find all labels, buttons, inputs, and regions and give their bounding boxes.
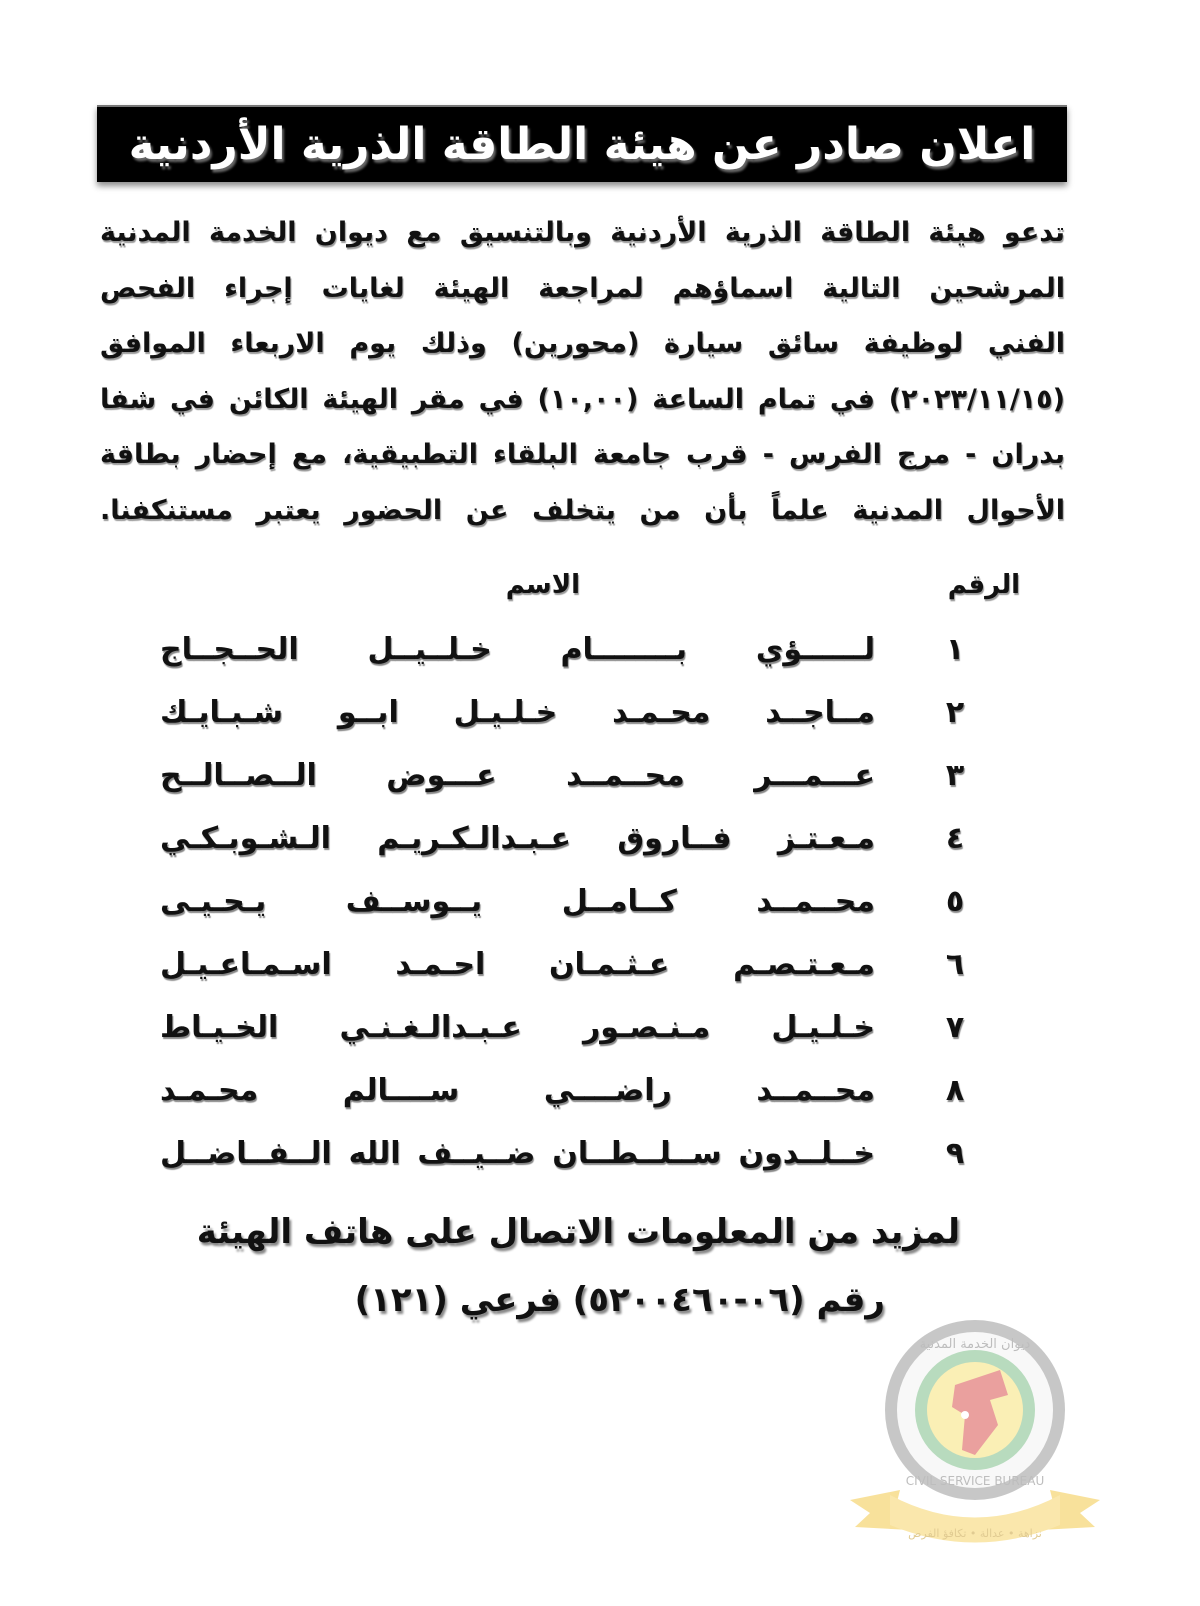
row-number: ٣ [940,758,970,793]
table-row: ٣عـــمـــر محــمــد عـــوض الــصــالــح [160,754,1010,817]
seal-motto: نزاهة • عدالة • تكافؤ الفرص [908,1527,1042,1540]
header-number: الرقم [948,570,1020,600]
seal-english-text: CIVIL SERVICE BUREAU [906,1474,1045,1488]
table-row: ٢مــاجــد محـمـد خـلـيـل ابــو شـبـايـك [160,691,1010,754]
table-row: ٩خــلــدون ســلــطــان ضــيــف الله الــ… [160,1132,1010,1195]
civil-service-bureau-seal-icon: ديوان الخدمة المدنية CIVIL SERVICE BUREA… [840,1315,1110,1560]
announcement-title: اعلان صادر عن هيئة الطاقة الذرية الأردني… [129,119,1036,170]
row-name: محــمــد كــامــل يــوســف يـحـيـى [160,884,875,919]
row-number: ٥ [940,884,970,919]
intro-line: المرشحين التالية اسماؤهم لمراجعة الهيئة … [100,261,1065,317]
announcement-title-bar: اعلان صادر عن هيئة الطاقة الذرية الأردني… [97,105,1067,182]
row-name: محــمــد راضــــي ســــالم محـمـد [160,1073,875,1108]
contact-line: لمزيد من المعلومات الاتصال على هاتف الهي… [180,1198,960,1266]
row-number: ١ [940,632,970,667]
intro-line: تدعو هيئة الطاقة الذرية الأردنية وبالتنس… [100,205,1065,261]
row-name: عـــمـــر محــمــد عـــوض الــصــالــح [160,758,875,793]
row-number: ٢ [940,695,970,730]
row-name: مــاجــد محـمـد خـلـيـل ابــو شـبـايـك [160,695,875,730]
row-number: ٦ [940,947,970,982]
row-number: ٧ [940,1010,970,1045]
contact-info: لمزيد من المعلومات الاتصال على هاتف الهي… [180,1198,960,1334]
intro-line: بدران - مرج الفرس - قرب جامعة البلقاء ال… [100,427,1065,483]
intro-paragraph: تدعو هيئة الطاقة الذرية الأردنية وبالتنس… [100,205,1065,538]
row-name: مـعـتـز فــاروق عـبـدالـكـريـم الـشـوبـك… [160,821,875,856]
seal-arabic-text: ديوان الخدمة المدنية [920,1337,1031,1352]
table-row: ٨محــمــد راضــــي ســــالم محـمـد [160,1069,1010,1132]
row-number: ٩ [940,1136,970,1171]
row-number: ٨ [940,1073,970,1108]
table-row: ٧خـلـيـل مـنـصـور عـبـدالـغـنـي الخـيـاط [160,1006,1010,1069]
row-name: لــــــؤي بــــــــام خـلــيــل الحــجــ… [160,632,875,667]
candidates-table: ١لــــــؤي بــــــــام خـلــيــل الحــجـ… [160,628,1010,1195]
table-row: ١لــــــؤي بــــــــام خـلــيــل الحــجـ… [160,628,1010,691]
intro-line: الأحوال المدنية علماً بأن من يتخلف عن ال… [100,483,1065,539]
candidates-table-header: الرقم الاسم [100,570,1020,610]
table-row: ٤مـعـتـز فــاروق عـبـدالـكـريـم الـشـوبـ… [160,817,1010,880]
row-number: ٤ [940,821,970,856]
header-name: الاسم [506,570,580,600]
row-name: خــلــدون ســلــطــان ضــيــف الله الــف… [160,1136,875,1171]
intro-line: الفني لوظيفة سائق سيارة (محورين) وذلك يو… [100,316,1065,372]
table-row: ٥محــمــد كــامــل يــوســف يـحـيـى [160,880,1010,943]
table-row: ٦مـعـتـصـم عـثـمـان احـمـد اسـمـاعـيـل [160,943,1010,1006]
intro-line: (٢٠٢٣/١١/١٥) في تمام الساعة (١٠,٠٠) في م… [100,372,1065,428]
row-name: خـلـيـل مـنـصـور عـبـدالـغـنـي الخـيـاط [160,1010,875,1045]
row-name: مـعـتـصـم عـثـمـان احـمـد اسـمـاعـيـل [160,947,875,982]
